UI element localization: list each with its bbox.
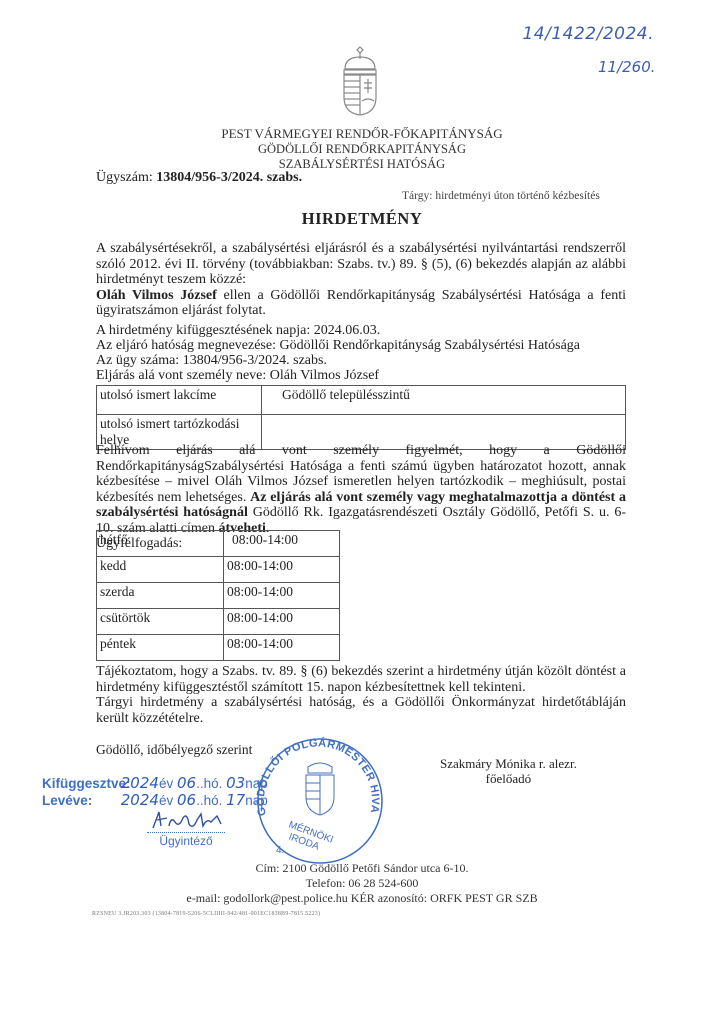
table-row: kedd08:00-14:00: [97, 557, 340, 583]
intro-paragraph: A szabálysértésekről, a szabálysértési e…: [96, 241, 626, 319]
day: péntek: [97, 635, 224, 661]
posted-year: 2024: [121, 774, 159, 792]
document-title: HIRDETMÉNY: [0, 209, 724, 229]
time: 08:00-14:00: [224, 531, 340, 557]
closing-paragraph-1: Tájékoztatom, hogy a Szabs. tv. 89. § (6…: [96, 664, 626, 695]
posted-day: 03: [226, 774, 245, 792]
case-number: Ügyszám: 13804/956-3/2024. szabs.: [96, 170, 302, 186]
ev-label: év: [159, 776, 173, 791]
handwritten-registry-sub: 11/260.: [598, 58, 656, 76]
signer-block: Szakmáry Mónika r. alezr. főelőadó: [440, 756, 577, 786]
clerk-label: Ügyintéző: [147, 832, 225, 848]
fact-authority: Az eljáró hatóság megnevezése: Gödöllői …: [96, 338, 580, 354]
header-line-2: GÖDÖLLŐI RENDŐRKAPITÁNYSÁG: [0, 142, 724, 156]
municipal-stamp-icon: GÖDÖLLŐI POLGÁRMESTER HIVATAL MÉRNÖKI IR…: [248, 735, 388, 870]
ev-label: év: [159, 793, 173, 808]
removed-row: Levéve: 2024év 06..hó. 17nap: [42, 792, 268, 809]
footer-phone: Telefon: 06 28 524-600: [0, 876, 724, 891]
table-row: utolsó ismert lakcíme Gödöllő településs…: [97, 386, 626, 415]
stamp-number: 4.: [276, 845, 284, 856]
time: 08:00-14:00: [224, 583, 340, 609]
table-row: szerda08:00-14:00: [97, 583, 340, 609]
closing-paragraphs: Tájékoztatom, hogy a Szabs. tv. 89. § (6…: [96, 664, 626, 726]
time: 08:00-14:00: [224, 609, 340, 635]
footer-address: Cím: 2100 Gödöllő Petőfi Sándor utca 6-1…: [0, 861, 724, 876]
ho-label: hó: [204, 776, 219, 791]
fact-person-name: Eljárás alá vont személy neve: Oláh Vilm…: [96, 368, 379, 384]
signature-icon: [145, 808, 235, 834]
day: szerda: [97, 583, 224, 609]
intro-text: A szabálysértésekről, a szabálysértési e…: [96, 241, 626, 287]
removed-label: Levéve:: [42, 793, 117, 809]
day: hétfő: [97, 531, 224, 557]
time: 08:00-14:00: [224, 635, 340, 661]
fact-posting-date: A hirdetmény kifüggesztésének napja: 202…: [96, 323, 380, 339]
day: csütörtök: [97, 609, 224, 635]
address-table: utolsó ismert lakcíme Gödöllő településs…: [96, 385, 626, 450]
fact-case-number: Az ügy száma: 13804/956-3/2024. szabs.: [96, 353, 327, 369]
table-row: hétfő08:00-14:00: [97, 531, 340, 557]
time: 08:00-14:00: [224, 557, 340, 583]
posted-month: 06: [177, 774, 196, 792]
case-number-value: 13804/956-3/2024. szabs.: [156, 170, 302, 185]
header-line-3: SZABÁLYSÉRTÉSI HATÓSÁG: [0, 157, 724, 171]
removed-year: 2024: [121, 791, 159, 809]
signer-name: Szakmáry Mónika r. alezr.: [440, 756, 577, 771]
posted-row: Kifüggesztve: 2024év 06..hó. 03nap: [42, 775, 268, 792]
e-signature-id: RZSNEU 3.JR203.303 (13804-7819-5206-5CLI…: [92, 911, 320, 917]
posted-label: Kifüggesztve:: [42, 776, 117, 792]
person-name: Oláh Vilmos József: [96, 288, 217, 303]
address-value: Gödöllő településszintű: [262, 386, 626, 415]
signer-title: főelőadó: [440, 771, 577, 786]
removed-month: 06: [177, 791, 196, 809]
case-number-label: Ügyszám:: [96, 170, 156, 185]
subject: Tárgy: hirdetményi úton történő kézbesít…: [402, 190, 600, 202]
removed-day: 17: [226, 791, 245, 809]
ho-label: hó: [204, 793, 219, 808]
place-date: Gödöllő, időbélyegző szerint: [96, 742, 252, 758]
svg-text:GÖDÖLLŐI POLGÁRMESTER HIVATAL: GÖDÖLLŐI POLGÁRMESTER HIVATAL: [248, 735, 381, 817]
reception-hours-table: hétfő08:00-14:00 kedd08:00-14:00 szerda0…: [96, 530, 340, 661]
footer-email: e-mail: godollork@pest.police.hu KÉR azo…: [0, 891, 724, 906]
handwritten-registry-number: 14/1422/2024.: [522, 24, 654, 44]
header-line-1: PEST VÁRMEGYEI RENDŐR-FŐKAPITÁNYSÁG: [0, 127, 724, 141]
table-row: csütörtök08:00-14:00: [97, 609, 340, 635]
closing-paragraph-2: Tárgyi hirdetmény a szabálysértési hatós…: [96, 695, 626, 726]
table-row: péntek08:00-14:00: [97, 635, 340, 661]
coat-of-arms-icon: [337, 45, 383, 117]
address-label: utolsó ismert lakcíme: [97, 386, 262, 415]
stamp-outer-text: GÖDÖLLŐI POLGÁRMESTER HIVATAL: [248, 735, 381, 817]
day: kedd: [97, 557, 224, 583]
posting-stamp: Kifüggesztve: 2024év 06..hó. 03nap Levév…: [42, 775, 268, 809]
